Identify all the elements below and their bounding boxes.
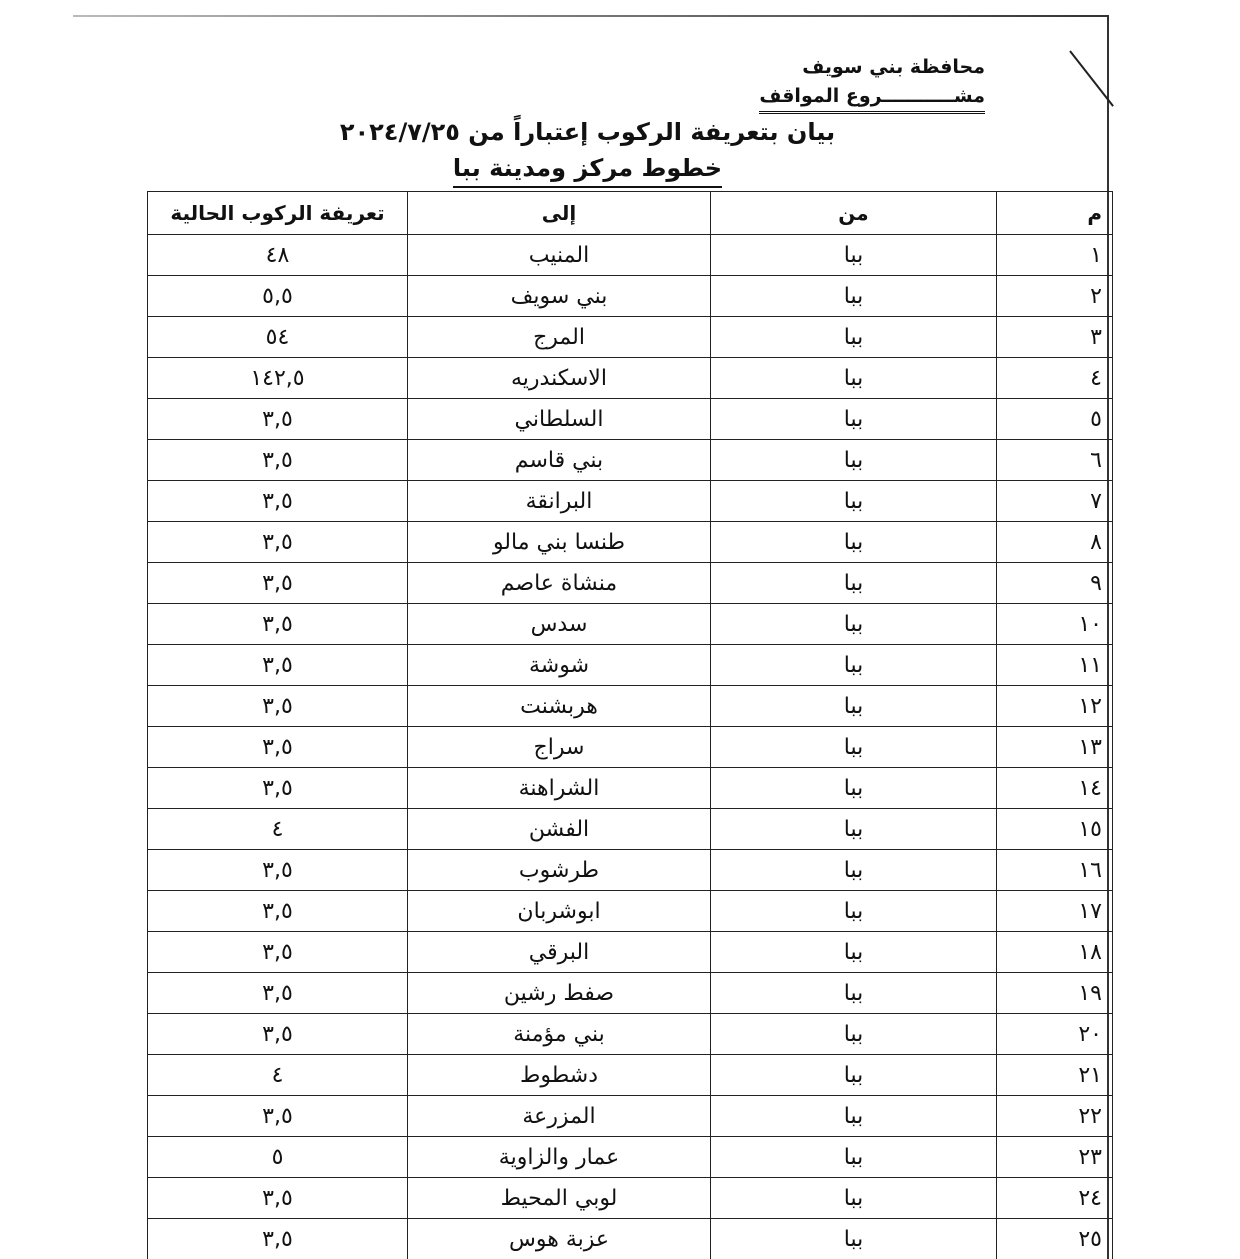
to-cell: طرشوب <box>408 850 711 891</box>
fare-cell: ٣,٥ <box>148 973 408 1014</box>
from-cell: ببا <box>711 686 997 727</box>
fare-cell: ٤٨ <box>148 235 408 276</box>
fare-cell: ٣,٥ <box>148 1219 408 1259</box>
fare-cell: ٣,٥ <box>148 1178 408 1219</box>
from-cell: ببا <box>711 1055 997 1096</box>
to-cell: صفط رشين <box>408 973 711 1014</box>
document-title-block: بيان بتعريفة الركوب إعتباراً من ٢٠٢٤/٧/٢… <box>0 114 1175 188</box>
column-header-from: من <box>711 192 997 235</box>
from-cell: ببا <box>711 358 997 399</box>
table-row: ٩ببامنشاة عاصم٣,٥ <box>148 563 1113 604</box>
row-number-cell: ٣ <box>997 317 1113 358</box>
fare-cell: ٣,٥ <box>148 850 408 891</box>
row-number-cell: ٢٢ <box>997 1096 1113 1137</box>
fare-cell: ٣,٥ <box>148 522 408 563</box>
fare-cell: ٤ <box>148 1055 408 1096</box>
fare-cell: ٣,٥ <box>148 481 408 522</box>
table-row: ٢٢بباالمزرعة٣,٥ <box>148 1096 1113 1137</box>
to-cell: لوبي المحيط <box>408 1178 711 1219</box>
from-cell: ببا <box>711 481 997 522</box>
from-cell: ببا <box>711 563 997 604</box>
row-number-cell: ١٧ <box>997 891 1113 932</box>
row-number-cell: ١٣ <box>997 727 1113 768</box>
from-cell: ببا <box>711 1219 997 1259</box>
fare-cell: ٣,٥ <box>148 768 408 809</box>
fare-cell: ١٤٢,٥ <box>148 358 408 399</box>
from-cell: ببا <box>711 317 997 358</box>
fare-cell: ٣,٥ <box>148 440 408 481</box>
row-number-cell: ١١ <box>997 645 1113 686</box>
to-cell: شوشة <box>408 645 711 686</box>
governorate-name: محافظة بني سويف <box>759 52 985 82</box>
table-row: ١٨بباالبرقي٣,٥ <box>148 932 1113 973</box>
row-number-cell: ١٠ <box>997 604 1113 645</box>
project-name: مشـــــــــــروع المواقف <box>759 82 985 114</box>
table-header-row: م من إلى تعريفة الركوب الحالية <box>148 192 1113 235</box>
table-row: ١بباالمنيب٤٨ <box>148 235 1113 276</box>
table-row: ١١بباشوشة٣,٥ <box>148 645 1113 686</box>
table-row: ٢ببابني سويف٥,٥ <box>148 276 1113 317</box>
document-title: بيان بتعريفة الركوب إعتباراً من ٢٠٢٤/٧/٢… <box>0 114 1175 150</box>
to-cell: الاسكندريه <box>408 358 711 399</box>
row-number-cell: ٤ <box>997 358 1113 399</box>
row-number-cell: ١٨ <box>997 932 1113 973</box>
fare-cell: ٣,٥ <box>148 1096 408 1137</box>
from-cell: ببا <box>711 645 997 686</box>
to-cell: الشراهنة <box>408 768 711 809</box>
row-number-cell: ٢١ <box>997 1055 1113 1096</box>
table-body: ١بباالمنيب٤٨٢ببابني سويف٥,٥٣بباالمرج٥٤٤ب… <box>148 235 1113 1259</box>
from-cell: ببا <box>711 440 997 481</box>
from-cell: ببا <box>711 522 997 563</box>
row-number-cell: ١٤ <box>997 768 1113 809</box>
from-cell: ببا <box>711 891 997 932</box>
fare-cell: ٣,٥ <box>148 563 408 604</box>
to-cell: الفشن <box>408 809 711 850</box>
from-cell: ببا <box>711 932 997 973</box>
from-cell: ببا <box>711 973 997 1014</box>
document-header: محافظة بني سويف مشـــــــــــروع المواقف <box>759 52 985 114</box>
table-row: ٢٣بباعمار والزاوية٥ <box>148 1137 1113 1178</box>
fares-table: م من إلى تعريفة الركوب الحالية ١بباالمني… <box>147 191 1113 1259</box>
from-cell: ببا <box>711 809 997 850</box>
table-row: ١٣بباسراج٣,٥ <box>148 727 1113 768</box>
to-cell: المنيب <box>408 235 711 276</box>
table-row: ٢١ببادشطوط٤ <box>148 1055 1113 1096</box>
fare-cell: ٣,٥ <box>148 686 408 727</box>
table-row: ٢٤ببالوبي المحيط٣,٥ <box>148 1178 1113 1219</box>
to-cell: بني سويف <box>408 276 711 317</box>
to-cell: سدس <box>408 604 711 645</box>
table-row: ٨بباطنسا بني مالو٣,٥ <box>148 522 1113 563</box>
table-row: ٧بباالبرانقة٣,٥ <box>148 481 1113 522</box>
table-row: ٦ببابني قاسم٣,٥ <box>148 440 1113 481</box>
row-number-cell: ١٥ <box>997 809 1113 850</box>
fare-cell: ٣,٥ <box>148 727 408 768</box>
column-header-to: إلى <box>408 192 711 235</box>
to-cell: دشطوط <box>408 1055 711 1096</box>
row-number-cell: ٦ <box>997 440 1113 481</box>
table-row: ٢٠ببابني مؤمنة٣,٥ <box>148 1014 1113 1055</box>
fare-cell: ٣,٥ <box>148 891 408 932</box>
row-number-cell: ١٢ <box>997 686 1113 727</box>
to-cell: البرانقة <box>408 481 711 522</box>
from-cell: ببا <box>711 1178 997 1219</box>
to-cell: سراج <box>408 727 711 768</box>
to-cell: السلطاني <box>408 399 711 440</box>
column-header-fare: تعريفة الركوب الحالية <box>148 192 408 235</box>
to-cell: المرج <box>408 317 711 358</box>
row-number-cell: ١ <box>997 235 1113 276</box>
from-cell: ببا <box>711 235 997 276</box>
table-row: ١٩بباصفط رشين٣,٥ <box>148 973 1113 1014</box>
from-cell: ببا <box>711 399 997 440</box>
row-number-cell: ٢٥ <box>997 1219 1113 1259</box>
table-row: ١٧بباابوشربان٣,٥ <box>148 891 1113 932</box>
from-cell: ببا <box>711 276 997 317</box>
to-cell: منشاة عاصم <box>408 563 711 604</box>
from-cell: ببا <box>711 727 997 768</box>
to-cell: المزرعة <box>408 1096 711 1137</box>
fare-cell: ٤ <box>148 809 408 850</box>
to-cell: البرقي <box>408 932 711 973</box>
from-cell: ببا <box>711 768 997 809</box>
row-number-cell: ٩ <box>997 563 1113 604</box>
from-cell: ببا <box>711 1096 997 1137</box>
table-row: ٥بباالسلطاني٣,٥ <box>148 399 1113 440</box>
fare-cell: ٥٤ <box>148 317 408 358</box>
fare-cell: ٣,٥ <box>148 1014 408 1055</box>
to-cell: طنسا بني مالو <box>408 522 711 563</box>
row-number-cell: ٥ <box>997 399 1113 440</box>
table-row: ١٥بباالفشن٤ <box>148 809 1113 850</box>
row-number-cell: ٢٤ <box>997 1178 1113 1219</box>
table-row: ٤بباالاسكندريه١٤٢,٥ <box>148 358 1113 399</box>
table-row: ٣بباالمرج٥٤ <box>148 317 1113 358</box>
from-cell: ببا <box>711 1137 997 1178</box>
from-cell: ببا <box>711 850 997 891</box>
fare-cell: ٣,٥ <box>148 604 408 645</box>
row-number-cell: ٧ <box>997 481 1113 522</box>
table-row: ٢٥بباعزبة هوس٣,٥ <box>148 1219 1113 1259</box>
to-cell: هربشنت <box>408 686 711 727</box>
table-row: ١٦بباطرشوب٣,٥ <box>148 850 1113 891</box>
table-row: ١٤بباالشراهنة٣,٥ <box>148 768 1113 809</box>
fare-cell: ٣,٥ <box>148 645 408 686</box>
document-subtitle: خطوط مركز ومدينة ببا <box>453 150 722 188</box>
column-header-number: م <box>997 192 1113 235</box>
row-number-cell: ٨ <box>997 522 1113 563</box>
from-cell: ببا <box>711 604 997 645</box>
fare-cell: ٣,٥ <box>148 399 408 440</box>
row-number-cell: ١٦ <box>997 850 1113 891</box>
fare-cell: ٣,٥ <box>148 932 408 973</box>
row-number-cell: ٢٠ <box>997 1014 1113 1055</box>
page-frame-top-line <box>73 15 1109 17</box>
row-number-cell: ٢٣ <box>997 1137 1113 1178</box>
to-cell: بني مؤمنة <box>408 1014 711 1055</box>
from-cell: ببا <box>711 1014 997 1055</box>
to-cell: ابوشربان <box>408 891 711 932</box>
fare-cell: ٥ <box>148 1137 408 1178</box>
row-number-cell: ٢ <box>997 276 1113 317</box>
table-row: ١٠بباسدس٣,٥ <box>148 604 1113 645</box>
fare-cell: ٥,٥ <box>148 276 408 317</box>
table-row: ١٢بباهربشنت٣,٥ <box>148 686 1113 727</box>
to-cell: عزبة هوس <box>408 1219 711 1259</box>
row-number-cell: ١٩ <box>997 973 1113 1014</box>
to-cell: عمار والزاوية <box>408 1137 711 1178</box>
to-cell: بني قاسم <box>408 440 711 481</box>
